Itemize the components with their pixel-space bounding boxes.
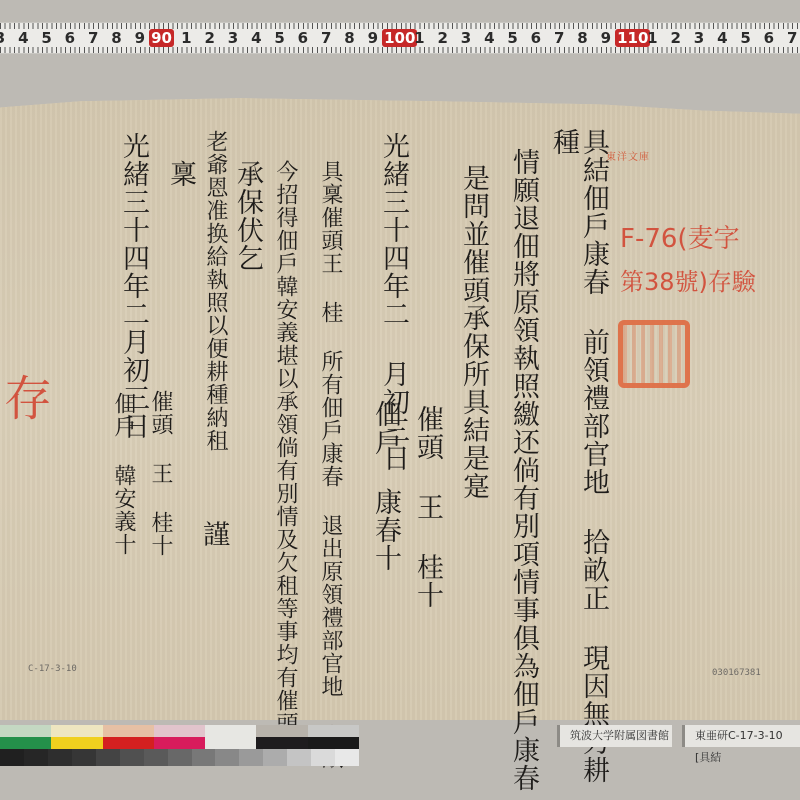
ruler-label: 2	[666, 29, 686, 47]
color-swatch	[72, 749, 96, 766]
color-chart-row-primaries	[0, 737, 359, 749]
ruler-label: 3	[456, 29, 476, 47]
ruler-label: 6	[293, 29, 313, 47]
ruler-label: 9	[130, 29, 150, 47]
ruler-label: 3	[223, 29, 243, 47]
text-column-petition-1: 具稟催頭王 桂 所有佃戶康春 退出原領禮部官地 十畝	[315, 160, 345, 770]
ruler-label: 5	[503, 29, 523, 47]
color-chart-row-grayscale	[0, 749, 359, 766]
color-swatch	[144, 749, 168, 766]
color-swatch	[168, 749, 192, 766]
color-swatch	[154, 737, 205, 749]
red-annotation-line-2: 第38號)存驗	[620, 262, 756, 297]
red-annotation-line-1: F-76(麦字	[620, 218, 740, 255]
color-swatch	[51, 737, 102, 749]
ruler-label: 1	[642, 29, 662, 47]
ruler-label: 7	[83, 29, 103, 47]
color-swatch	[0, 725, 51, 737]
color-swatch	[120, 749, 144, 766]
ruler-label: 9	[596, 29, 616, 47]
color-swatch	[0, 749, 24, 766]
color-swatch	[0, 737, 51, 749]
text-column-petition-4: 老爺恩准换給執照以便耕種納租	[200, 130, 230, 452]
ruler-label: 6	[759, 29, 779, 47]
text-column-signer-2: 催頭 王 桂十	[145, 390, 175, 557]
measurement-ruler: 3456789901234567891001234567891101234567	[0, 22, 800, 54]
ruler-label: 7	[549, 29, 569, 47]
ruler-ticks-bottom	[0, 47, 800, 53]
color-swatch	[256, 737, 307, 749]
color-swatch	[239, 749, 263, 766]
ruler-label: 1	[176, 29, 196, 47]
color-swatch	[215, 749, 239, 766]
catalog-label: 東亜研C-17-3-10 [具結	[682, 725, 800, 747]
color-swatch	[192, 749, 216, 766]
text-column-tenant-2: 佃戶 韓安義十	[108, 392, 138, 556]
color-swatch	[103, 737, 154, 749]
color-swatch	[287, 749, 311, 766]
text-column-1: 具結佃戶康春 前領禮部官地 拾畝正 現因無力耕種	[548, 128, 608, 800]
color-swatch	[96, 749, 120, 766]
pencil-serial-number: 030167381	[712, 668, 761, 678]
ruler-label: 5	[37, 29, 57, 47]
color-swatch	[311, 749, 335, 766]
ruler-label: 7	[316, 29, 336, 47]
ruler-label: 4	[246, 29, 266, 47]
ruler-label: 3	[0, 29, 10, 47]
ruler-label: 4	[13, 29, 33, 47]
red-annotation-left-mark: 存	[4, 360, 52, 429]
text-column-tenant-1: 佃戶 康春十	[370, 400, 400, 572]
color-swatch	[205, 725, 256, 737]
ruler-label: 7	[782, 29, 800, 47]
color-swatch	[48, 749, 72, 766]
text-respectfully: 謹	[198, 520, 228, 548]
ruler-label: 8	[340, 29, 360, 47]
ruler-label: 90	[149, 29, 174, 47]
text-column-petition-3: 承保伏乞	[232, 160, 262, 272]
color-swatch	[51, 725, 102, 737]
ruler-label: 4	[479, 29, 499, 47]
ruler-label: 6	[60, 29, 80, 47]
ruler-label: 4	[712, 29, 732, 47]
pencil-catalog-number: C-17-3-10	[28, 664, 77, 674]
ruler-label: 6	[526, 29, 546, 47]
text-column-petition-2: 今招得佃戶韓安義堪以承領倘有別情及欠租等事均有催頭	[270, 160, 300, 735]
ruler-label: 8	[573, 29, 593, 47]
text-submit: 稟	[165, 160, 195, 188]
ruler-label: 5	[736, 29, 756, 47]
text-column-signer-1: 催頭 王 桂十	[412, 405, 442, 609]
color-swatch	[308, 737, 359, 749]
color-swatch	[103, 725, 154, 737]
color-swatch	[308, 725, 359, 737]
color-calibration-chart	[0, 725, 359, 767]
color-swatch	[335, 749, 359, 766]
ruler-label: 2	[200, 29, 220, 47]
color-swatch	[205, 737, 256, 749]
color-swatch	[24, 749, 48, 766]
ruler-label: 1	[409, 29, 429, 47]
color-swatch	[263, 749, 287, 766]
color-chart-row-tints	[0, 725, 359, 737]
ruler-label: 3	[689, 29, 709, 47]
library-stamp-small: 東洋文庫	[606, 148, 650, 163]
color-swatch	[256, 725, 307, 737]
ruler-label: 9	[363, 29, 383, 47]
red-seal-icon	[618, 320, 690, 388]
ruler-label: 5	[270, 29, 290, 47]
text-column-2: 情願退佃將原領執照繳还倘有別項情事俱為佃戶康春	[508, 148, 538, 792]
library-label: 筑波大学附属図書館	[557, 725, 672, 747]
text-column-3: 是問並催頭承保所具結是寔	[458, 164, 488, 500]
ruler-label: 2	[433, 29, 453, 47]
color-swatch	[154, 725, 205, 737]
ruler-label: 8	[107, 29, 127, 47]
